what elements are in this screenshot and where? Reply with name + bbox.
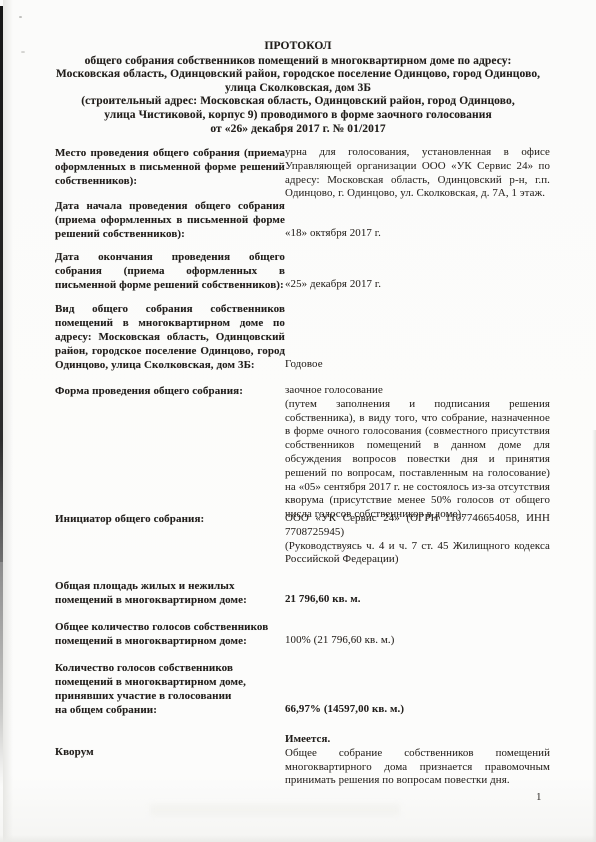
field-label: Дата начала проведения общего собрания (… (55, 199, 285, 241)
field-value: урна для голосования, установленная в оф… (285, 146, 550, 201)
field-value: 100% (21 796,60 кв. м.) (285, 634, 550, 648)
field-value: 21 796,60 кв. м. (285, 593, 550, 607)
document-subtitle-line: улица Сколковская, дом 3Б (38, 82, 558, 96)
document-subtitle-line: (строительный адрес: Московская область,… (38, 95, 558, 109)
field-label: Вид общего собрания собственников помеще… (55, 302, 285, 372)
scan-edge-shadow-bottom (0, 835, 596, 842)
scan-smudge (150, 804, 400, 816)
field-label: Кворум (55, 733, 285, 788)
field-label: Количество голосов собственников помещен… (55, 661, 285, 717)
field-meeting-place: Место проведения общего собрания (приема… (55, 146, 546, 201)
field-value: «18» октября 2017 г. (285, 227, 550, 241)
field-total-area: Общая площадь жилых и нежилых помещений … (55, 579, 546, 607)
field-label: Дата окончания проведения общего собрани… (55, 250, 285, 292)
field-label: Общее количество голосов собственников п… (55, 620, 285, 648)
document-header: ПРОТОКОЛ общего собрания собственников п… (38, 40, 558, 136)
field-label: Инициатор общего собрания: (55, 512, 285, 567)
field-total-votes: Общее количество голосов собственников п… (55, 620, 546, 648)
document-subtitle-line: общего собрания собственников помещений … (38, 55, 558, 69)
field-value: 66,97% (14597,00 кв. м.) (285, 703, 550, 717)
field-value: «25» декабря 2017 г. (285, 278, 550, 292)
field-value: ООО «УК Сервис 24» (ОГРН 1107746654058, … (285, 512, 550, 567)
meeting-form-details: (путем заполнения и подписания решения с… (285, 398, 550, 522)
field-participating-votes: Количество голосов собственников помещен… (55, 661, 546, 717)
scanned-document-page: ПРОТОКОЛ общего собрания собственников п… (0, 0, 596, 842)
initiator-organization: ООО «УК Сервис 24» (ОГРН 1107746654058, … (285, 512, 550, 540)
field-start-date: Дата начала проведения общего собрания (… (55, 199, 546, 241)
quorum-status: Имеется. (285, 733, 550, 747)
document-title: ПРОТОКОЛ (38, 40, 558, 54)
field-value: заочное голосование (путем заполнения и … (285, 384, 550, 522)
scan-edge-shadow-right (592, 430, 596, 842)
scan-speck (21, 51, 25, 53)
page-number: 1 (536, 791, 542, 803)
field-value: Имеется. Общее собрание собственников по… (285, 733, 550, 788)
field-meeting-form: Форма проведения общего собрания: заочно… (55, 384, 546, 522)
field-end-date: Дата окончания проведения общего собрани… (55, 250, 546, 292)
scan-edge-shadow-left (3, 0, 13, 842)
field-meeting-type: Вид общего собрания собственников помеще… (55, 302, 546, 372)
document-subtitle-line: Московская область, Одинцовский район, г… (38, 68, 558, 82)
field-label: Общая площадь жилых и нежилых помещений … (55, 579, 285, 607)
document-subtitle-line: улица Чистиковой, корпус 9) проводимого … (38, 109, 558, 123)
document-date-number-line: от «26» декабря 2017 г. № 01/2017 (38, 123, 558, 137)
scan-speck (19, 16, 22, 18)
field-quorum: Кворум Имеется. Общее собрание собственн… (55, 733, 546, 788)
quorum-explanation: Общее собрание собственников помещений м… (285, 747, 550, 788)
field-label: Форма проведения общего собрания: (55, 384, 285, 522)
field-label: Место проведения общего собрания (приема… (55, 146, 285, 201)
initiator-legal-basis: (Руководствуясь ч. 4 и ч. 7 ст. 45 Жилищ… (285, 540, 550, 568)
field-value: Годовое (285, 358, 550, 372)
meeting-form-intro: заочное голосование (285, 384, 550, 398)
field-initiator: Инициатор общего собрания: ООО «УК Серви… (55, 512, 546, 567)
